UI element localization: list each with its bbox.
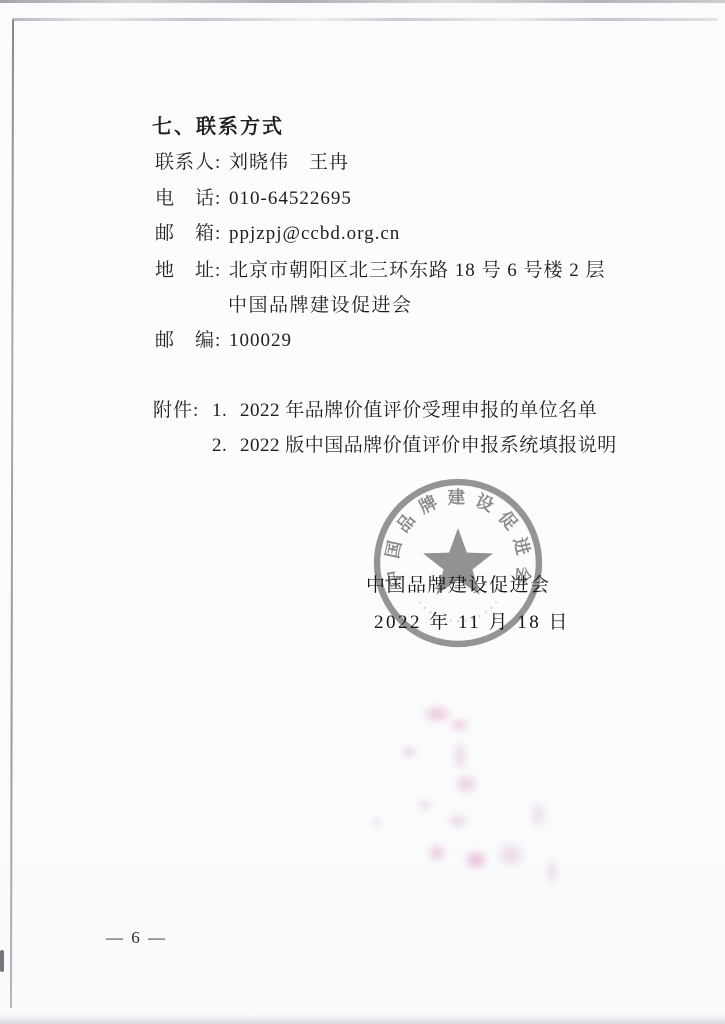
contact-row-email: 邮 箱:ppjzpj@ccbd.org.cn [155,218,635,245]
attachment-text: 2022 年品牌价值评价受理申报的单位名单 [240,400,597,421]
scan-edge-left-line [10,20,14,1008]
scanned-document-page: 七、联系方式 联系人:刘晓伟 王冉 电 话:010-64522695 邮 箱:p… [0,0,725,1024]
attachment-item: 1.2022 年品牌价值评价受理申报的单位名单 [212,395,597,422]
contact-label: 邮 编: [155,325,229,352]
contact-row-address: 地 址:北京市朝阳区北三环东路 18 号 6 号楼 2 层 [155,255,635,282]
contact-value: 100029 [229,330,292,351]
contact-row-postcode: 邮 编:100029 [155,325,635,352]
scan-edge-bottom-shadow [0,1014,725,1024]
contact-value: ppjzpj@ccbd.org.cn [229,223,400,244]
contact-row-person: 联系人:刘晓伟 王冉 [155,147,635,174]
attachments-label: 附件: [153,395,199,422]
attachment-number: 2. [212,435,240,457]
contact-label: 联系人: [155,147,229,174]
contact-row-phone: 电 话:010-64522695 [155,183,635,210]
contact-label: 电 话: [155,183,229,210]
scan-edge-left-mark [0,950,4,972]
scan-edge-top-streak [12,18,718,21]
attachment-item: 2.2022 版中国品牌价值评价申报系统填报说明 [212,430,617,457]
contact-value: 010-64522695 [229,188,352,209]
attachment-number: 1. [212,400,240,422]
section-heading: 七、联系方式 [152,110,284,139]
signature-organization: 中国品牌建设促进会 [366,570,551,597]
page-number: — 6 — [106,928,167,948]
contact-value: 刘晓伟 王冉 [229,152,349,173]
signature-date: 2022 年 11 月 18 日 [374,607,570,634]
contact-value: 北京市朝阳区北三环东路 18 号 6 号楼 2 层 [229,260,606,281]
attachment-text: 2022 版中国品牌价值评价申报系统填报说明 [240,435,617,456]
contact-label: 地 址: [155,255,229,282]
scan-edge-top-line [0,0,725,3]
contact-address-line2: 中国品牌建设促进会 [228,290,413,317]
contact-label: 邮 箱: [155,218,229,245]
